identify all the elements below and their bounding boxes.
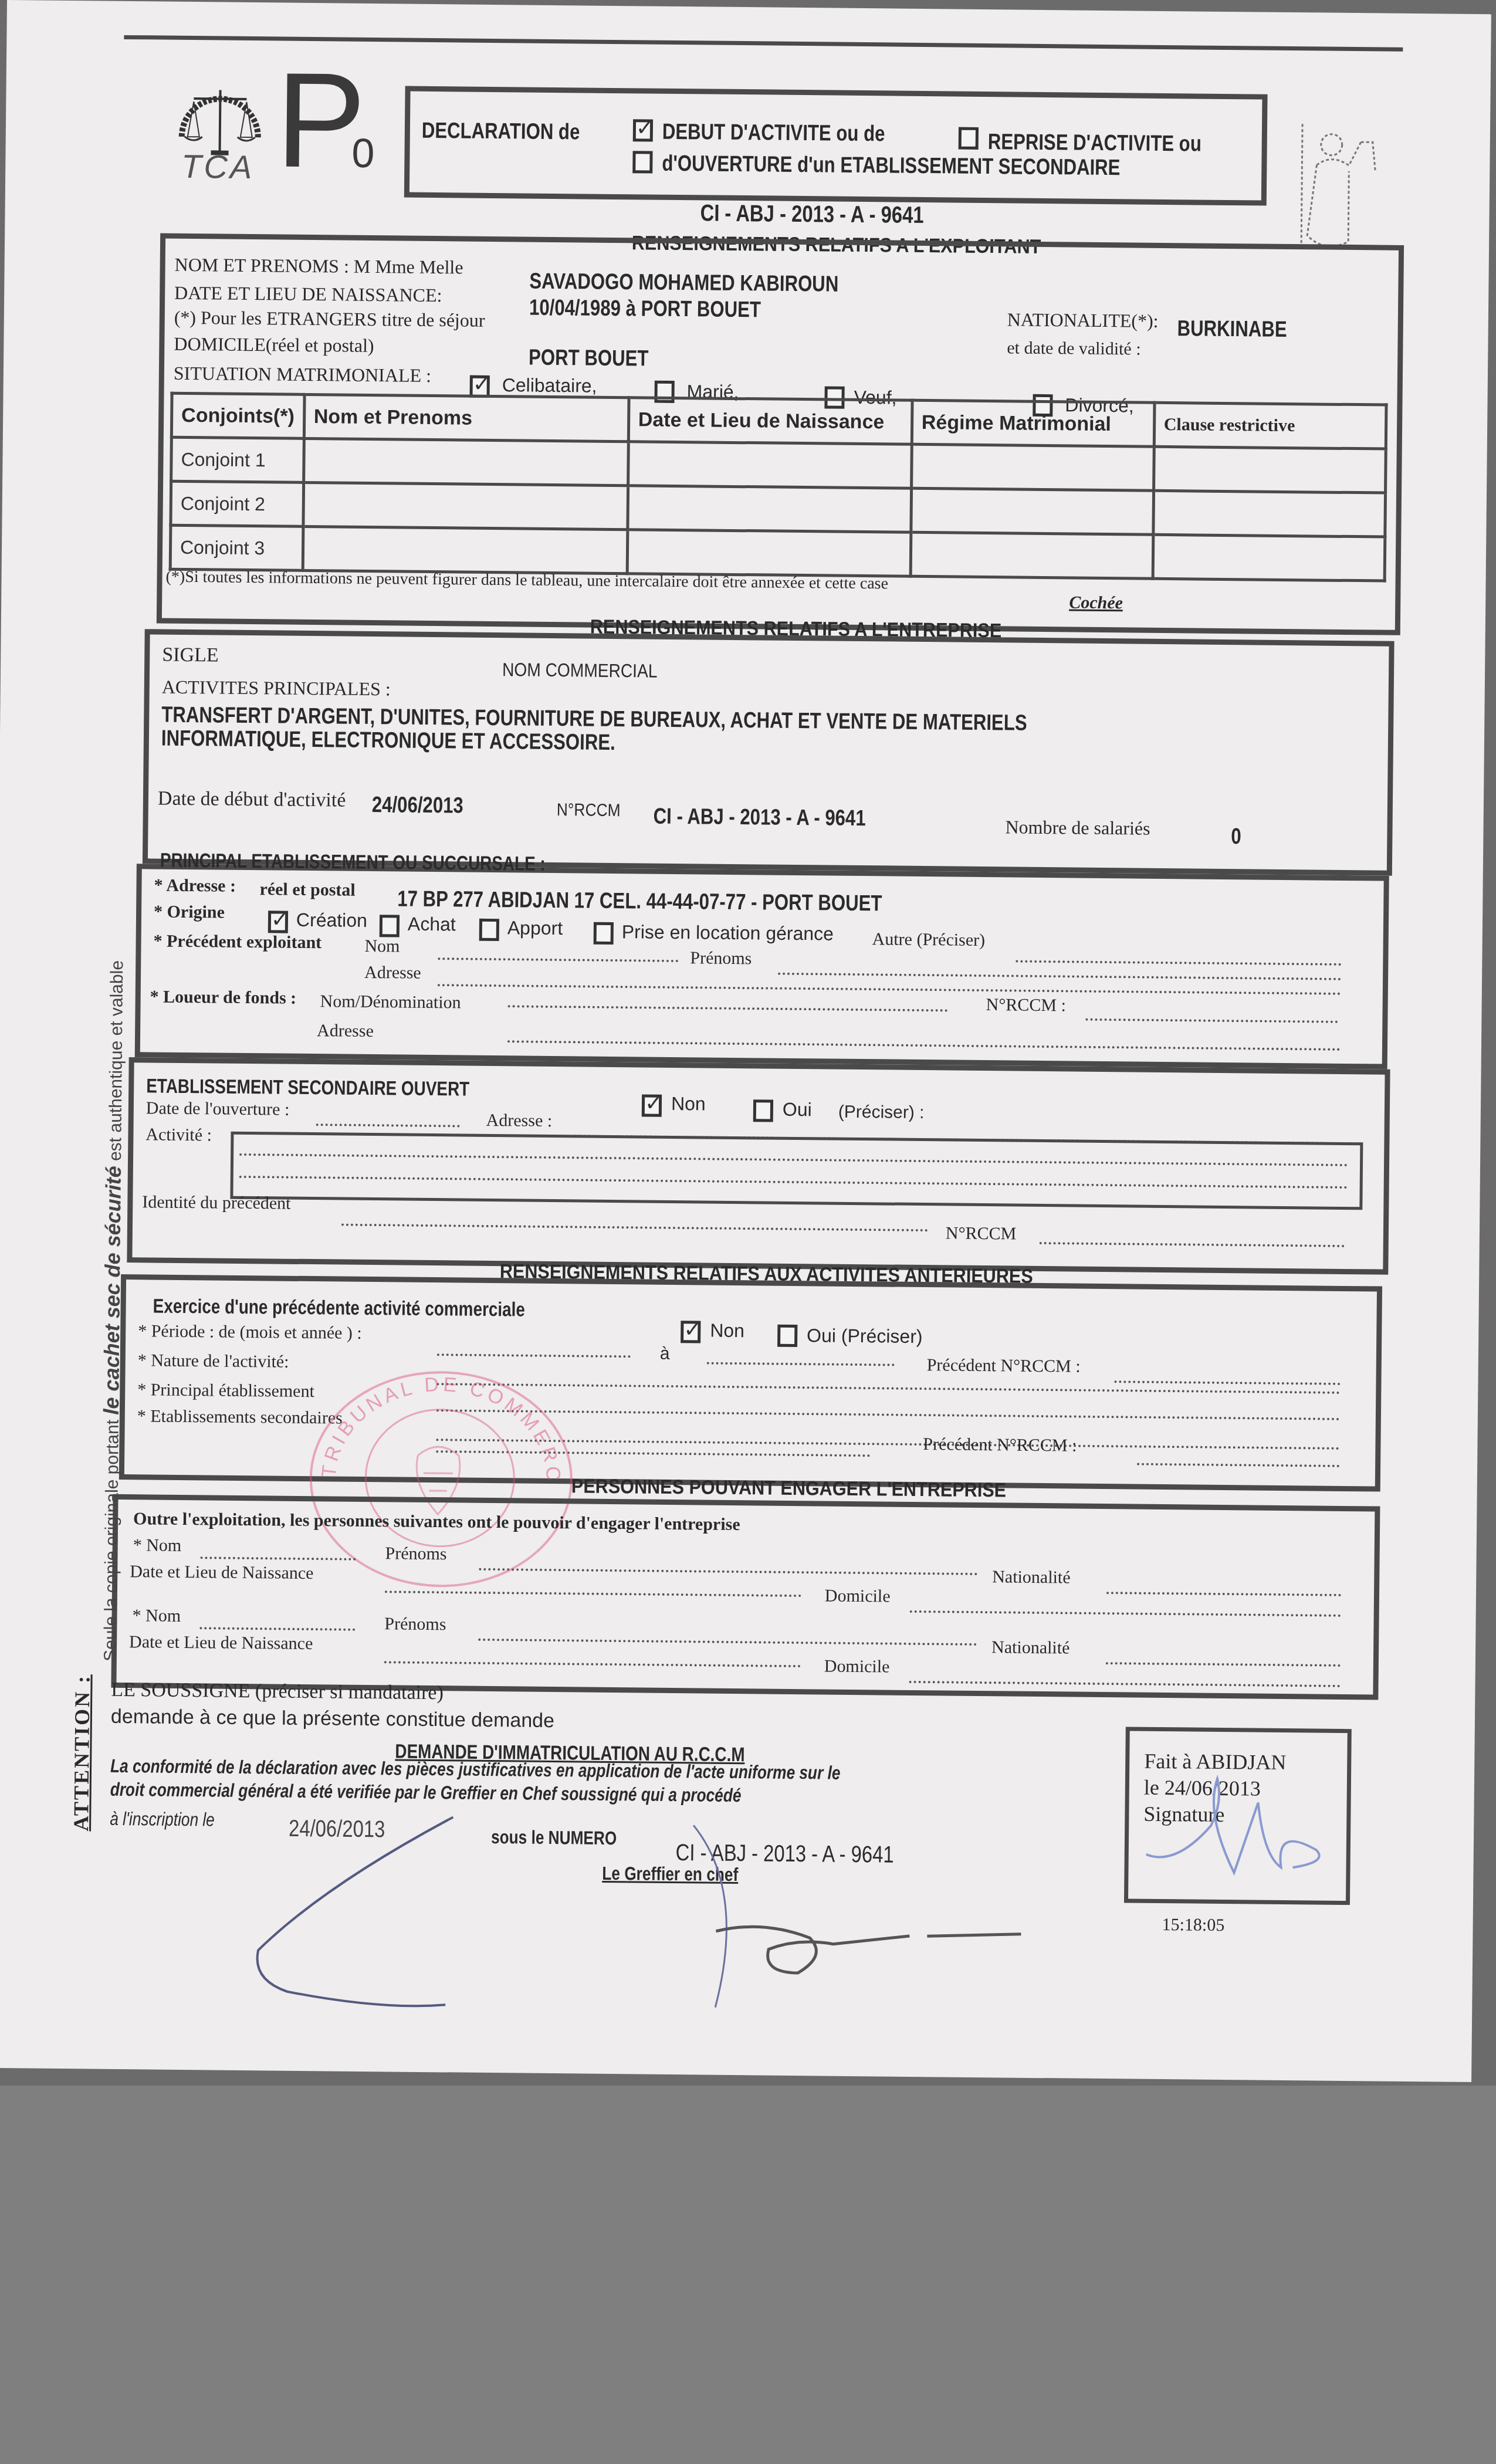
- conjoint-3-clause[interactable]: [1153, 534, 1385, 581]
- header-conjoints: Conjoints(*): [171, 393, 304, 438]
- precedent-nom-label: Nom: [364, 936, 400, 957]
- personne-1-birth-label: Date et Lieu de Naissance: [130, 1562, 313, 1583]
- secondaire-title: ETABLISSEMENT SECONDAIRE OUVERT: [146, 1075, 469, 1101]
- reprise-activite-label: REPRISE D'ACTIVITE ou: [988, 130, 1201, 157]
- loueur-adresse-label: Adresse: [317, 1021, 374, 1041]
- declaration-box: DECLARATION de DEBUT D'ACTIVITE ou de RE…: [404, 86, 1268, 206]
- conjoint-2-date[interactable]: [628, 486, 912, 533]
- creation-label: Création: [296, 909, 367, 932]
- conjoint-1-date[interactable]: [628, 442, 912, 489]
- section-title-personnes: PERSONNES POUVANT ENGAGER L'ENTREPRISE: [571, 1475, 1007, 1502]
- secondaire-preciser-label: (Préciser) :: [838, 1102, 925, 1123]
- personne-1-nationalite-label: Nationalité: [992, 1567, 1071, 1588]
- timestamp: 15:18:05: [1162, 1915, 1224, 1935]
- justice-emblem: [1289, 118, 1379, 262]
- personne-2-birth-label: Date et Lieu de Naissance: [129, 1632, 313, 1654]
- birth-label: DATE ET LIEU DE NAISSANCE:: [174, 282, 442, 306]
- logo-initials: TCA: [181, 147, 255, 186]
- tribunal-logo: TCA: [170, 72, 270, 185]
- conjoint-2-label: Conjoint 2: [171, 481, 303, 526]
- secondaire-rccm-label: N°RCCM: [946, 1223, 1017, 1244]
- principal-address-label: * Adresse :: [154, 875, 236, 896]
- header-regime: Régime Matrimonial: [912, 400, 1155, 446]
- side-note-emphasis: le cachet sec de sécurité: [99, 1166, 126, 1415]
- celibataire-label: Celibataire,: [502, 374, 597, 397]
- anterieures-non-label: Non: [710, 1320, 744, 1342]
- location-gerance-checkbox[interactable]: [594, 922, 614, 945]
- secondaire-activite-label: Activité :: [145, 1125, 212, 1145]
- principal-etab-label: * Principal établissement: [137, 1380, 314, 1402]
- precedent-exploitant-label: * Précédent exploitant: [153, 931, 321, 953]
- reprise-activite-checkbox[interactable]: [959, 127, 979, 150]
- soussigne-label: LE SOUSSIGNE (préciser si mandataire): [111, 1679, 444, 1704]
- activites-value-line2: INFORMATIQUE, ELECTRONIQUE ET ACCESSOIRE…: [161, 726, 615, 756]
- anterieures-non-checkbox[interactable]: [681, 1321, 700, 1343]
- domicile-value: PORT BOUET: [529, 346, 649, 372]
- spouses-table: Conjoints(*) Nom et Prenoms Date et Lieu…: [169, 392, 1388, 583]
- nationality-label: NATIONALITE(*):: [1007, 309, 1159, 331]
- principal-address-value: 17 BP 277 ABIDJAN 17 CEL. 44-44-07-77 - …: [397, 886, 882, 916]
- inscription-label: à l'inscription le: [110, 1808, 215, 1831]
- activite-line-2[interactable]: [239, 1176, 1348, 1189]
- principal-title: PRINCIPAL ETABLISSEMENT OU SUCCURSALE :: [160, 849, 546, 876]
- name-value: SAVADOGO MOHAMED KABIROUN: [529, 269, 838, 297]
- greffier-signature-icon: [234, 1798, 1057, 2022]
- loueur-label: * Loueur de fonds :: [150, 987, 297, 1008]
- validity-label: et date de validité :: [1007, 338, 1141, 359]
- header-date-lieu: Date et Lieu de Naissance: [628, 398, 912, 445]
- header-rccm-number: CI - ABJ - 2013 - A - 9641: [700, 200, 923, 229]
- secondaires-label: * Etablissements secondaires: [137, 1406, 343, 1428]
- precedent-prenoms-label: Prénoms: [690, 948, 752, 969]
- birth-value: 10/04/1989 à PORT BOUET: [529, 296, 761, 323]
- conjoint-1-regime[interactable]: [911, 444, 1154, 490]
- autre-label: Autre (Préciser): [872, 929, 986, 950]
- conjoint-2-nom[interactable]: [303, 482, 628, 529]
- lady-justice-icon: [1289, 118, 1379, 259]
- creation-checkbox[interactable]: [268, 911, 288, 933]
- location-gerance-label: Prise en location gérance: [622, 921, 834, 945]
- conjoint-3-regime[interactable]: [911, 532, 1153, 578]
- conjoint-2-clause[interactable]: [1153, 490, 1385, 537]
- side-note-part1: Seule la copie originale portant: [101, 1414, 123, 1661]
- prev-rccm-label-2: Précédent N°RCCM :: [923, 1434, 1077, 1456]
- debut-activite-label: DEBUT D'ACTIVITE ou de: [662, 120, 885, 147]
- personne-1-prenoms-label: Prénoms: [385, 1544, 446, 1564]
- apport-checkbox[interactable]: [479, 919, 499, 941]
- header-clause: Clause restrictive: [1154, 402, 1386, 449]
- conjoint-1-clause[interactable]: [1153, 446, 1386, 493]
- personne-2-domicile-label: Domicile: [824, 1657, 890, 1677]
- loueur-rccm-label: N°RCCM :: [986, 995, 1066, 1016]
- precedent-adresse-label: Adresse: [364, 963, 421, 983]
- secondaire-oui-checkbox[interactable]: [753, 1099, 773, 1122]
- start-date-value: 24/06/2013: [372, 793, 463, 818]
- sigle-label: SIGLE: [162, 644, 219, 667]
- ouverture-label: d'OUVERTURE d'un ETABLISSEMENT SECONDAIR…: [662, 151, 1121, 181]
- declaration-label: DECLARATION de: [422, 119, 580, 145]
- marital-label: SITUATION MATRIMONIALE :: [174, 363, 431, 387]
- demande-text: demande à ce que la présente constitue d…: [111, 1705, 554, 1732]
- activites-label: ACTIVITES PRINCIPALES :: [162, 676, 391, 700]
- anterieures-oui-checkbox[interactable]: [777, 1325, 797, 1347]
- entreprise-rccm-value: CI - ABJ - 2013 - A - 9641: [653, 804, 865, 831]
- secondaire-non-checkbox[interactable]: [642, 1094, 662, 1116]
- secondaire-non-label: Non: [671, 1093, 706, 1115]
- personne-2-nationalite-label: Nationalité: [991, 1637, 1070, 1658]
- conjoint-3-nom[interactable]: [303, 526, 628, 573]
- attention-label: ATTENTION :: [69, 1674, 95, 1832]
- personne-2-nom-label: * Nom: [132, 1606, 181, 1626]
- conjoint-2-regime[interactable]: [911, 488, 1154, 534]
- nature-label: * Nature de l'activité:: [138, 1351, 289, 1372]
- nom-commercial-label: NOM COMMERCIAL: [502, 659, 658, 682]
- document-page: TCA P 0 DECLARATION de DEBUT D'ACTIVITE …: [0, 0, 1491, 2082]
- nationality-value: BURKINABE: [1177, 316, 1287, 343]
- debut-activite-checkbox[interactable]: [633, 119, 653, 141]
- cochee-link[interactable]: Cochée: [1069, 593, 1123, 613]
- ouverture-date-label: Date de l'ouverture :: [146, 1098, 290, 1119]
- personne-1-nom-label: * Nom: [133, 1535, 182, 1556]
- periode-label: * Période : de (mois et année ) :: [138, 1321, 362, 1343]
- identite-precedent-label: Identité du précédent: [142, 1192, 291, 1213]
- conjoint-1-nom[interactable]: [303, 438, 628, 485]
- secondaire-oui-label: Oui: [783, 1099, 812, 1121]
- achat-label: Achat: [408, 913, 456, 936]
- entreprise-rccm-label: N°RCCM: [557, 800, 621, 821]
- form-code-sub: 0: [351, 130, 375, 177]
- origin-label: * Origine: [154, 902, 225, 922]
- employees-label: Nombre de salariés: [1005, 816, 1150, 839]
- svg-text:TRIBUNAL DE COMMERCE: TRIBUNAL DE COMMERCE: [311, 1372, 566, 1485]
- apport-label: Apport: [507, 917, 563, 939]
- signature-box: Fait à ABIDJAN le 24/06/2013 Signature: [1124, 1727, 1352, 1905]
- conjoint-3-label: Conjoint 3: [170, 525, 303, 570]
- foreigners-label: (*) Pour les ETRANGERS titre de séjour: [174, 307, 485, 331]
- personne-2-prenoms-label: Prénoms: [384, 1614, 446, 1634]
- activite-line-1[interactable]: [239, 1153, 1348, 1166]
- applicant-signature-icon: [1140, 1766, 1341, 1903]
- anterieures-oui-label: Oui (Préciser): [807, 1325, 923, 1348]
- activite-box[interactable]: [230, 1132, 1363, 1210]
- header-nom-prenoms: Nom et Prenoms: [304, 394, 629, 441]
- conjoint-3-date[interactable]: [627, 530, 911, 577]
- loueur-denomination-label: Nom/Dénomination: [320, 991, 461, 1013]
- achat-checkbox[interactable]: [380, 915, 400, 937]
- employees-value: 0: [1231, 824, 1241, 849]
- name-label: NOM ET PRENOMS : M Mme Melle: [175, 254, 463, 279]
- periode-a-label: à: [660, 1344, 670, 1364]
- domicile-label: DOMICILE(réel et postal): [174, 333, 374, 357]
- secondaire-adresse-label: Adresse :: [486, 1111, 553, 1131]
- prev-rccm-label: Précédent N°RCCM :: [927, 1355, 1081, 1377]
- personne-1-domicile-label: Domicile: [825, 1586, 891, 1607]
- exercice-label: Exercice d'une précédente activité comme…: [153, 1295, 525, 1321]
- start-date-label: Date de début d'activité: [158, 788, 346, 812]
- principal-address-sub: réel et postal: [259, 879, 356, 901]
- conjoint-1-label: Conjoint 1: [171, 437, 304, 482]
- ouverture-checkbox[interactable]: [632, 151, 652, 173]
- side-note-part3: est authentique et valable: [106, 960, 127, 1166]
